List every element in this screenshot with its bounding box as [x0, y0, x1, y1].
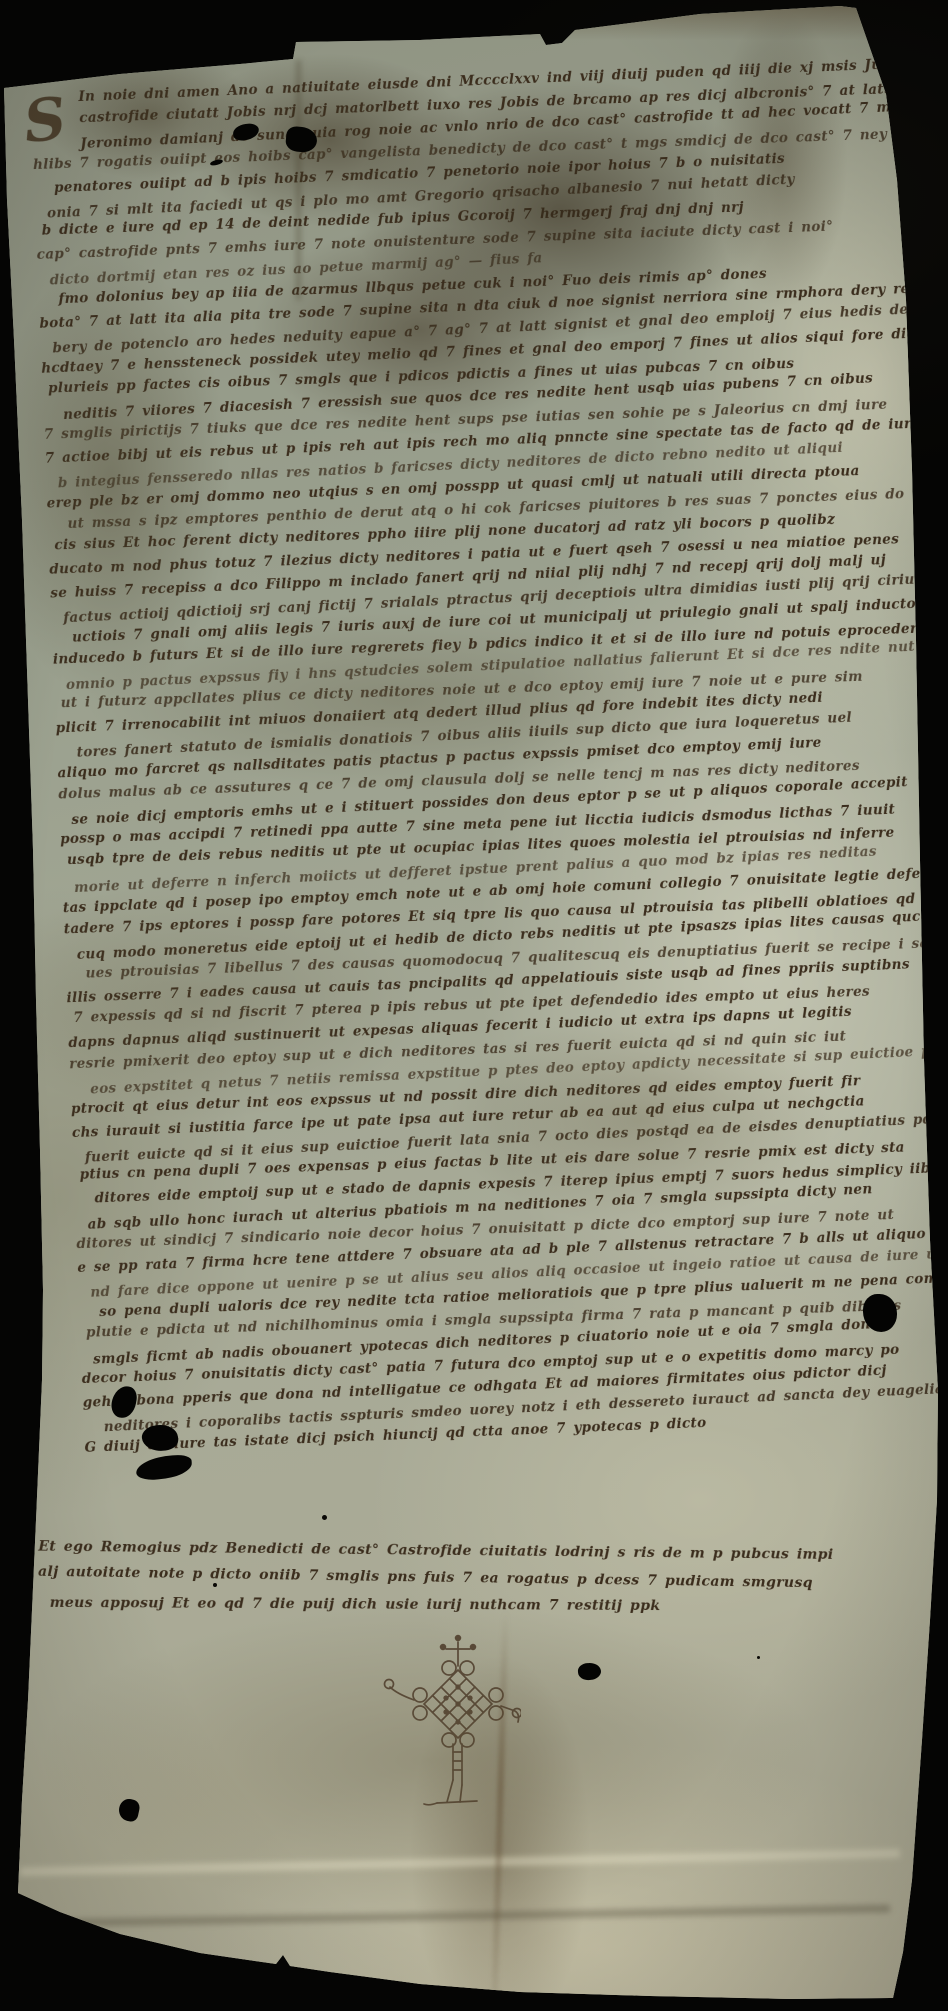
crease-line: [20, 1849, 900, 1876]
parchment-sheet: S In noie dni amen Ano a natiuitate eius…: [0, 0, 948, 2011]
ink-speck: [757, 1656, 760, 1659]
ink-blot: [135, 1454, 192, 1481]
main-text-block: In noie dni amen Ano a natiuitate eiusde…: [30, 54, 934, 1460]
notary-subscription-block: Et ego Remogius pdz Benedicti de cast° C…: [38, 1534, 884, 1624]
ink-speck: [322, 1515, 327, 1520]
parchment-hole: [117, 1797, 141, 1823]
parchment-hole: [577, 1662, 601, 1681]
notarial-mark-icon: [383, 1632, 521, 1810]
ink-speck: [213, 1583, 217, 1587]
manuscript-photo: S In noie dni amen Ano a natiuitate eius…: [0, 0, 948, 2011]
notary-text-line: meus apposuj Et eo qd 7 die puij dich us…: [50, 1590, 883, 1621]
crease-line: [30, 1904, 890, 1927]
